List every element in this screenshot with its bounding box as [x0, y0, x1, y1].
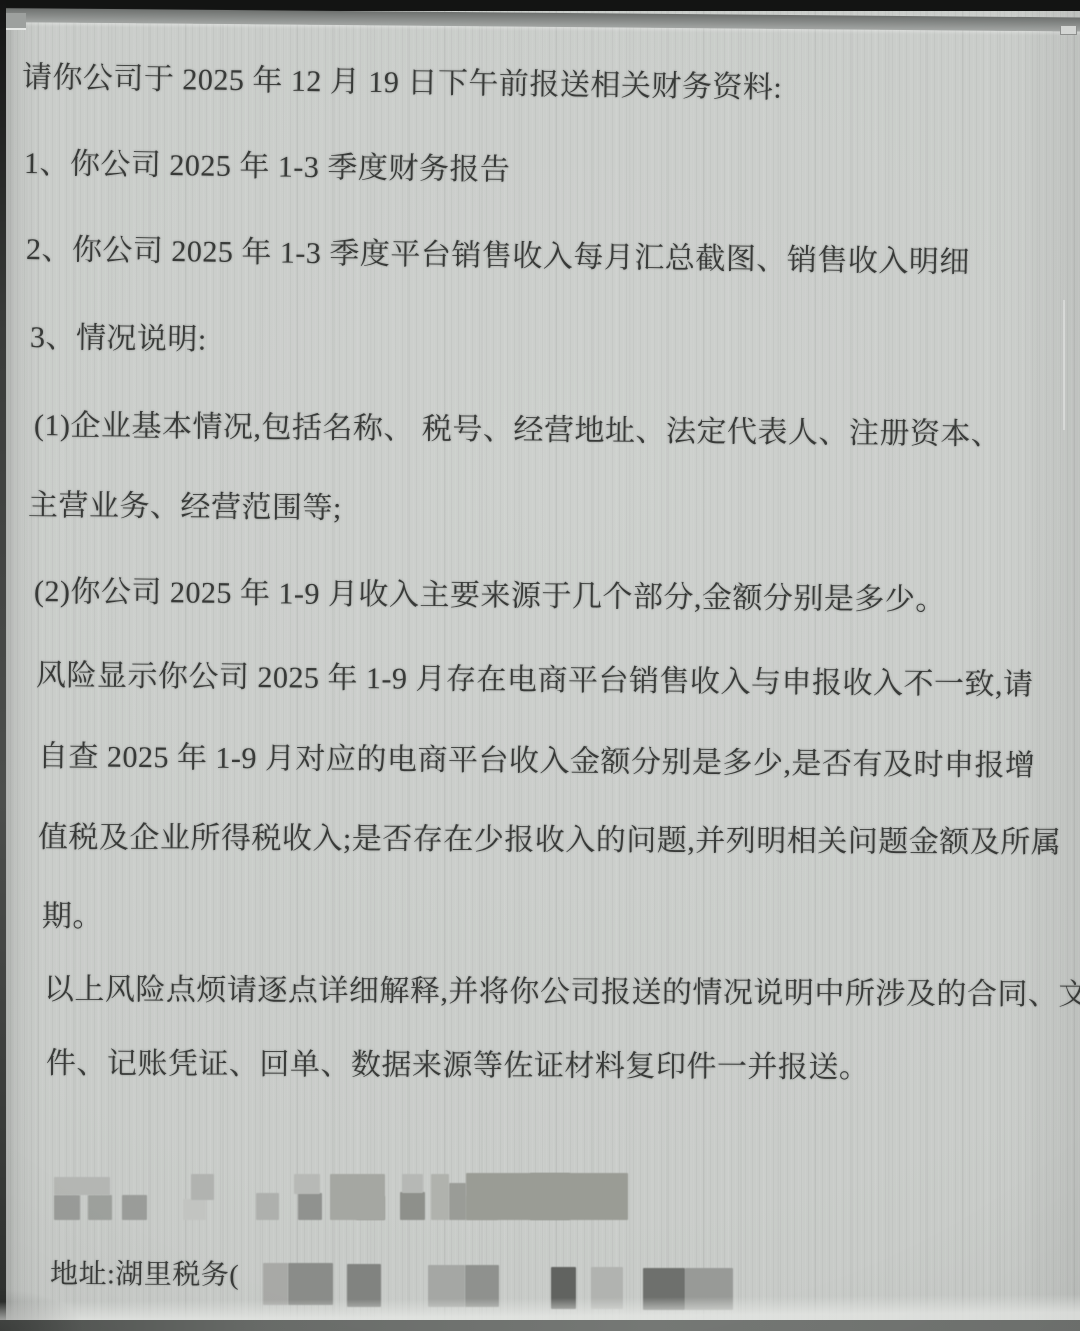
text-line-5: (1)企业基本情况,包括名称、 税号、经营地址、法定代表人、注册资本、: [34, 400, 1002, 453]
page-top-edge-band: [0, 8, 1080, 32]
redacted-block: [298, 1193, 322, 1220]
redacted-block: [400, 1192, 425, 1220]
redacted-block: [122, 1195, 147, 1220]
redacted-block: [263, 1263, 288, 1305]
text-line-3: 2、你公司 2025 年 1-3 季度平台销售收入每月汇总截图、销售收入明细: [26, 224, 971, 281]
redacted-block: [256, 1193, 279, 1220]
redacted-block: [294, 1174, 320, 1194]
text-line-1: 请你公司于 2025 年 12 月 19 日下午前报送相关财务资料:: [22, 52, 783, 107]
page-left-edge: [0, 0, 6, 1331]
page-right-edge-highlight: [1063, 300, 1065, 430]
redacted-block: [466, 1173, 628, 1220]
text-line-10: 值税及企业所得税收入;是否存在少报收入的问题,并列明相关问题金额及所属: [38, 812, 1062, 861]
redacted-block: [330, 1174, 385, 1220]
redacted-block: [183, 1199, 206, 1220]
text-line-9: 自查 2025 年 1-9 月对应的电商平台收入金额分别是多少,是否有及时申报增: [38, 731, 1036, 785]
redacted-block: [431, 1174, 449, 1220]
text-line-8: 风险显示你公司 2025 年 1-9 月存在电商平台销售收入与申报收入不一致,请: [36, 650, 1034, 704]
text-line-13: 件、记账凭证、回单、数据来源等佐证材料复印件一并报送。: [46, 1038, 870, 1086]
redacted-block: [88, 1195, 112, 1220]
redacted-block: [402, 1174, 423, 1193]
text-line-11: 期。: [42, 891, 103, 935]
redacted-block: [54, 1195, 80, 1220]
address-line: 地址:湖里税务(: [50, 1252, 239, 1293]
text-line-2: 1、你公司 2025 年 1-3 季度财务报告: [24, 138, 511, 189]
text-line-6: 主营业务、经营范围等;: [28, 480, 342, 527]
page-corner-mark: [1060, 25, 1077, 35]
text-line-12: 以上风险点烦请逐点详细解释,并将你公司报送的情况说明中所涉及的合同、文: [44, 964, 1080, 1013]
redacted-block: [54, 1177, 110, 1195]
redacted-block: [449, 1183, 466, 1220]
redacted-block: [191, 1174, 214, 1200]
text-line-7: (2)你公司 2025 年 1-9 月收入主要来源于几个部分,金额分别是多少。: [34, 566, 946, 619]
document-photo: 请你公司于 2025 年 12 月 19 日下午前报送相关财务资料: 1、你公司…: [0, 0, 1080, 1331]
page-bottom-edge-dark: [0, 1320, 1080, 1331]
text-line-4: 3、情况说明:: [30, 312, 207, 358]
